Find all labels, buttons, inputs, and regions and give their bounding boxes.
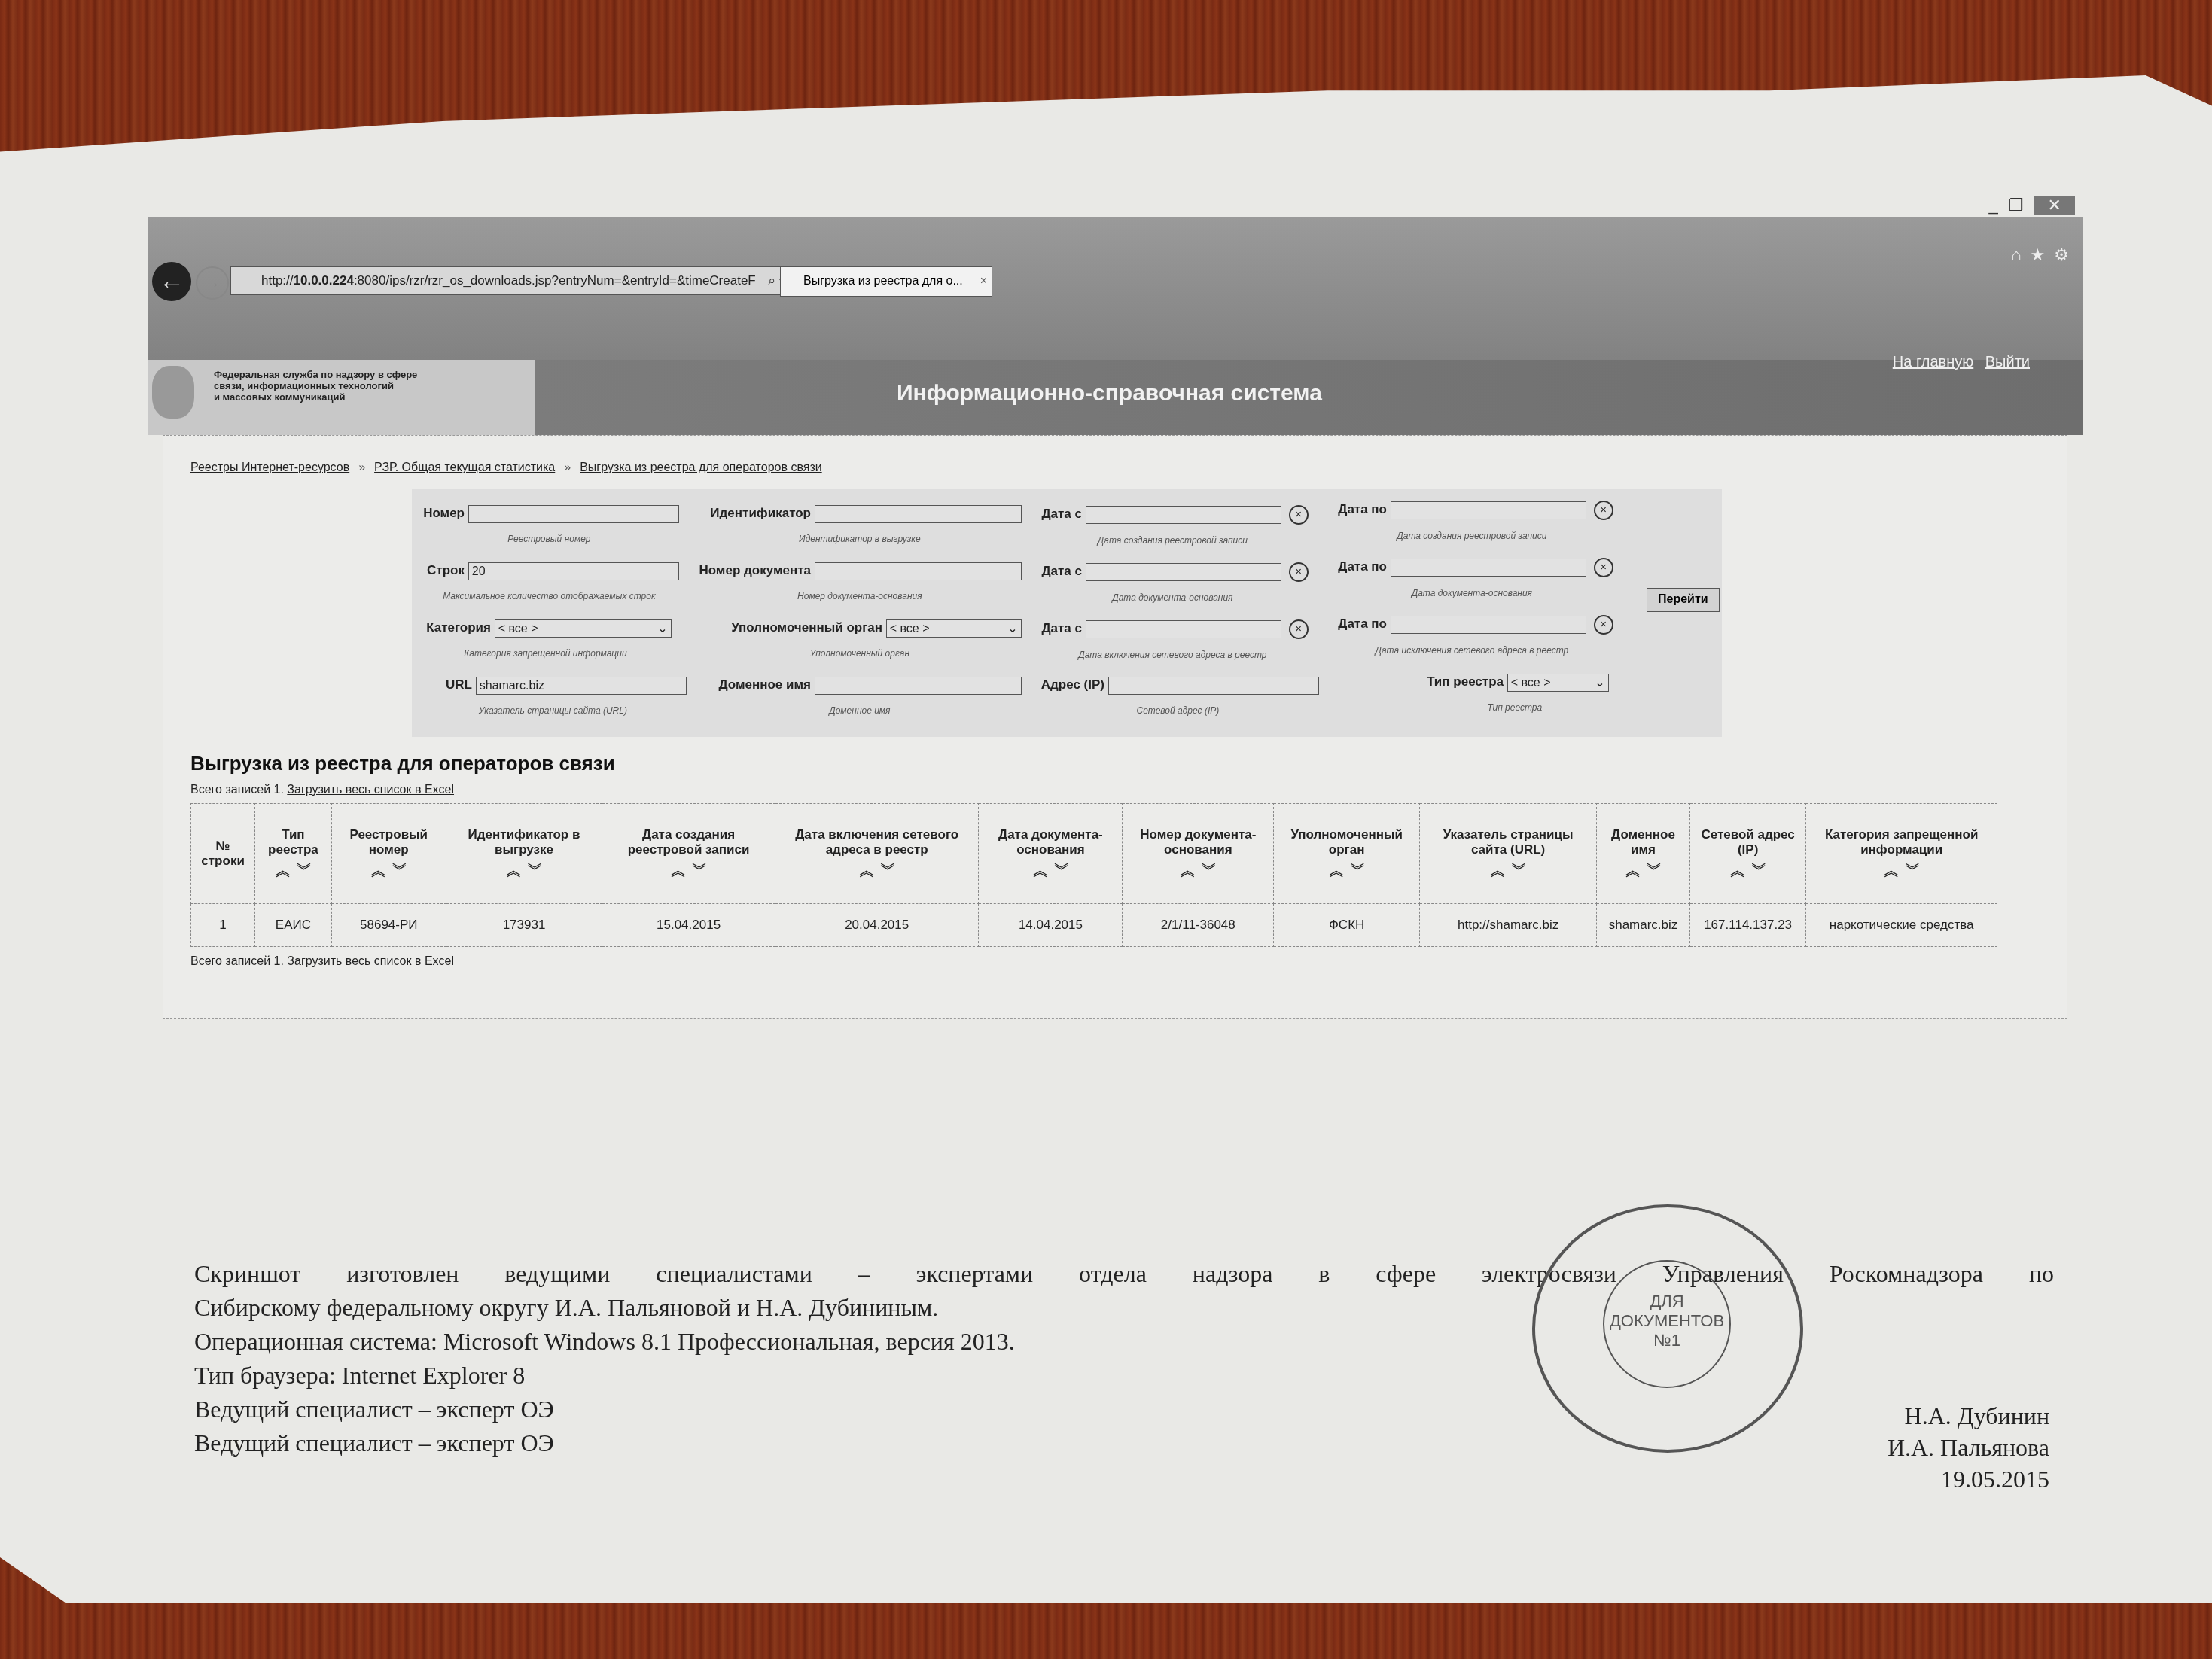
filter-date-from-created: Дата с × Дата создания реестровой записи: [1037, 505, 1309, 546]
sort-controls: ︽ ︾: [983, 860, 1117, 880]
printed-screenshot: _ ❐ ✕ ⌂ ★ ⚙ ← → http://10.0.0.224:8080/i…: [148, 217, 2083, 1019]
table-cell: http://shamarc.biz: [1420, 904, 1597, 947]
column-label: Доменное имя: [1611, 827, 1675, 857]
date-from-created-input[interactable]: [1086, 506, 1281, 524]
sort-desc-icon[interactable]: ︾: [1351, 863, 1364, 878]
column-header: Дата создания реестровой записи︽ ︾: [602, 804, 775, 904]
authority-select[interactable]: < все > ⌄: [886, 619, 1022, 638]
column-label: Указатель страницы сайта (URL): [1443, 827, 1574, 857]
breadcrumb: Реестры Интернет-ресурсов»РЗР. Общая тек…: [190, 461, 2040, 475]
sort-asc-icon[interactable]: ︽: [1181, 863, 1194, 878]
date-from-included-input[interactable]: [1086, 620, 1281, 638]
filter-authority: Уполномоченный орган < все > ⌄ Уполномоч…: [698, 619, 1022, 659]
label: Номер: [419, 506, 465, 521]
sort-asc-icon[interactable]: ︽: [276, 863, 289, 878]
hint: Сетевой адрес (IP): [1037, 705, 1319, 716]
printed-document: _ ❐ ✕ ⌂ ★ ⚙ ← → http://10.0.0.224:8080/i…: [0, 75, 2212, 1603]
breadcrumb-registries[interactable]: Реестры Интернет-ресурсов: [190, 461, 349, 474]
sort-controls: ︽ ︾: [780, 860, 973, 880]
home-icon[interactable]: ⌂: [2011, 245, 2021, 265]
hint: Дата создания реестровой записи: [1330, 531, 1613, 541]
column-header: Указатель страницы сайта (URL)︽ ︾: [1420, 804, 1597, 904]
label: Категория: [419, 620, 491, 635]
sort-desc-icon[interactable]: ︾: [1202, 863, 1215, 878]
table-body: 1ЕАИС58694-РИ17393115.04.201520.04.20151…: [191, 904, 1997, 947]
logout-link[interactable]: Выйти: [1985, 354, 2030, 370]
table-row: 1ЕАИС58694-РИ17393115.04.201520.04.20151…: [191, 904, 1997, 947]
sort-desc-icon[interactable]: ︾: [392, 863, 406, 878]
filter-doc-number: Номер документа Номер документа-основани…: [698, 562, 1022, 601]
label: Тип реестра: [1421, 674, 1504, 689]
filter-rows: Строк 20 Максимальное количество отображ…: [419, 562, 679, 601]
go-button[interactable]: Перейти: [1647, 588, 1720, 612]
sort-desc-icon[interactable]: ︾: [1752, 863, 1766, 878]
breadcrumb-stats[interactable]: РЗР. Общая текущая статистика: [374, 461, 555, 474]
sort-controls: ︽ ︾: [1601, 860, 1685, 880]
column-header: Доменное имя︽ ︾: [1597, 804, 1690, 904]
filter-registry-type: Тип реестра < все > ⌄ Тип реестра: [1421, 674, 1609, 713]
home-link[interactable]: На главную: [1893, 354, 1973, 370]
table-cell: 2/1/11-36048: [1123, 904, 1274, 947]
address-bar[interactable]: http://10.0.0.224:8080/ips/rzr/rzr_os_do…: [230, 266, 804, 295]
stamp-text: ДЛЯ: [1604, 1292, 1729, 1311]
column-header: Сетевой адрес (IP)︽ ︾: [1689, 804, 1805, 904]
hint: Дата создания реестровой записи: [1037, 535, 1309, 546]
column-header: Уполномоченный орган︽ ︾: [1274, 804, 1420, 904]
results-count: Всего записей 1. Загрузить весь список в…: [190, 784, 454, 797]
filter-identifier: Идентификатор Идентификатор в выгрузке: [698, 505, 1022, 544]
sort-asc-icon[interactable]: ︽: [860, 863, 873, 878]
chevron-right-icon: »: [358, 461, 365, 474]
excel-download-link[interactable]: Загрузить весь список в Excel: [287, 955, 454, 968]
browser-tab[interactable]: Выгрузка из реестра для о... ×: [780, 266, 992, 297]
table-cell: 14.04.2015: [979, 904, 1123, 947]
hint: Максимальное количество отображаемых стр…: [419, 591, 679, 601]
clear-icon[interactable]: ×: [1289, 505, 1309, 525]
sort-controls: ︽ ︾: [1424, 860, 1592, 880]
sort-asc-icon[interactable]: ︽: [1626, 863, 1640, 878]
table-cell: 58694-РИ: [331, 904, 446, 947]
date-to-excluded-input[interactable]: [1391, 616, 1586, 634]
hint: Номер документа-основания: [698, 591, 1022, 601]
filter-date-to-excluded: Дата по × Дата исключения сетевого адрес…: [1330, 615, 1613, 656]
date-from-doc-input[interactable]: [1086, 563, 1281, 581]
clear-icon[interactable]: ×: [1289, 619, 1309, 639]
total-text: Всего записей 1.: [190, 784, 284, 796]
table-cell: shamarc.biz: [1597, 904, 1690, 947]
table-header-row: № строкиТип реестра︽ ︾Реестровый номер︽ …: [191, 804, 1997, 904]
column-label: Реестровый номер: [349, 827, 428, 857]
column-header: Категория запрещенной информации︽ ︾: [1806, 804, 1997, 904]
sort-asc-icon[interactable]: ︽: [1033, 863, 1047, 878]
column-label: Номер документа-основания: [1140, 827, 1256, 857]
sort-asc-icon[interactable]: ︽: [1491, 863, 1504, 878]
column-label: Категория запрещенной информации: [1825, 827, 1979, 857]
column-label: № строки: [201, 839, 245, 868]
signatory-name: И.А. Пальянова: [1888, 1432, 2049, 1463]
column-header: Реестровый номер︽ ︾: [331, 804, 446, 904]
tab-title: Выгрузка из реестра для о...: [803, 275, 963, 288]
filter-category: Категория < все > ⌄ Категория запрещенно…: [419, 619, 672, 659]
results-title: Выгрузка из реестра для операторов связи: [190, 752, 615, 775]
back-button[interactable]: ←: [152, 262, 191, 301]
label: Идентификатор: [698, 506, 811, 521]
system-name: Информационно-справочная система: [897, 381, 1322, 406]
category-select[interactable]: < все > ⌄: [495, 619, 672, 638]
url-host: 10.0.0.224: [294, 273, 354, 288]
sort-controls: ︽ ︾: [451, 860, 597, 880]
clear-icon[interactable]: ×: [1594, 615, 1613, 635]
chevron-right-icon: »: [564, 461, 571, 474]
chevron-down-icon: ⌄: [1595, 674, 1604, 693]
url-rest: :8080/ips/rzr/rzr_os_downloads.jsp?entry…: [354, 273, 756, 288]
label: Доменное имя: [698, 677, 811, 693]
minimize-button[interactable]: _: [1989, 196, 1998, 215]
column-label: Дата документа-основания: [998, 827, 1103, 857]
registry-type-select[interactable]: < все > ⌄: [1507, 674, 1609, 692]
org-line: связи, информационных технологий: [214, 380, 417, 391]
column-label: Дата включения сетевого адреса в реестр: [795, 827, 958, 857]
sort-desc-icon[interactable]: ︾: [1054, 863, 1068, 878]
rows-input[interactable]: 20: [468, 562, 679, 580]
site-header: Федеральная служба по надзору в сфере св…: [148, 360, 2083, 435]
stamp-center: ДЛЯ ДОКУМЕНТОВ №1: [1603, 1260, 1731, 1388]
select-value: < все >: [890, 623, 930, 635]
column-label: Идентификатор в выгрузке: [468, 827, 580, 857]
ip-input[interactable]: [1108, 677, 1319, 695]
column-header: Дата документа-основания︽ ︾: [979, 804, 1123, 904]
star-icon[interactable]: ★: [2031, 245, 2046, 265]
url-prefix: http://: [261, 273, 294, 288]
coat-of-arms-icon: [152, 366, 194, 419]
signature-date: 19.05.2015: [1888, 1463, 2049, 1495]
sort-asc-icon[interactable]: ︽: [1731, 863, 1744, 878]
arrow-right-icon: →: [204, 272, 221, 291]
table-cell: 20.04.2015: [775, 904, 979, 947]
column-label: Тип реестра: [268, 827, 318, 857]
browser-tools: ⌂ ★ ⚙: [2011, 245, 2069, 265]
hint: Реестровый номер: [419, 534, 679, 544]
table-cell: 15.04.2015: [602, 904, 775, 947]
breadcrumb-export[interactable]: Выгрузка из реестра для операторов связи: [580, 461, 821, 474]
label: Дата с: [1037, 621, 1082, 636]
org-line: Федеральная служба по надзору в сфере: [214, 369, 417, 380]
sort-asc-icon[interactable]: ︽: [371, 863, 385, 878]
column-label: Сетевой адрес (IP): [1701, 827, 1794, 857]
column-header: № строки: [191, 804, 255, 904]
domain-input[interactable]: [815, 677, 1022, 695]
sort-controls: ︽ ︾: [260, 860, 326, 880]
sort-controls: ︽ ︾: [1695, 860, 1801, 880]
sort-controls: ︽ ︾: [607, 860, 770, 880]
stamp-text: ДОКУМЕНТОВ: [1604, 1311, 1729, 1331]
signatures: Н.А. Дубинин И.А. Пальянова 19.05.2015: [1888, 1400, 2049, 1495]
column-label: Уполномоченный орган: [1290, 827, 1403, 857]
clear-icon[interactable]: ×: [1594, 558, 1613, 577]
filter-date-from-doc: Дата с × Дата документа-основания: [1037, 562, 1309, 603]
org-name: Федеральная служба по надзору в сфере св…: [214, 369, 417, 403]
sort-desc-icon[interactable]: ︾: [1647, 863, 1661, 878]
chevron-down-icon: ⌄: [657, 620, 667, 638]
hint: Дата документа-основания: [1037, 592, 1309, 603]
chevron-down-icon: ⌄: [1007, 620, 1017, 638]
results-table: № строкиТип реестра︽ ︾Реестровый номер︽ …: [190, 803, 1997, 947]
filter-ip: Адрес (IP) Сетевой адрес (IP): [1037, 677, 1319, 716]
hint: Указатель страницы сайта (URL): [419, 705, 687, 716]
stamp-text: №1: [1604, 1331, 1729, 1350]
results-count-bottom: Всего записей 1. Загрузить весь список в…: [190, 955, 454, 969]
filter-url: URL shamarc.biz Указатель страницы сайта…: [419, 677, 687, 716]
forward-button[interactable]: →: [196, 266, 229, 300]
restore-button[interactable]: ❐: [2009, 196, 2024, 215]
window-controls: _ ❐ ✕: [1989, 196, 2075, 215]
hint: Дата исключения сетевого адреса в реестр: [1330, 645, 1613, 656]
label: Уполномоченный орган: [698, 620, 882, 635]
column-label: Дата создания реестровой записи: [628, 827, 750, 857]
sort-controls: ︽ ︾: [1811, 860, 1992, 880]
sort-asc-icon[interactable]: ︽: [507, 863, 520, 878]
label: Номер документа: [698, 563, 811, 578]
sort-controls: ︽ ︾: [1278, 860, 1415, 880]
table-cell: ФСКН: [1274, 904, 1420, 947]
sort-desc-icon[interactable]: ︾: [1512, 863, 1525, 878]
official-stamp: ДЛЯ ДОКУМЕНТОВ №1: [1532, 1204, 1803, 1453]
filter-number: Номер Реестровый номер: [419, 505, 679, 544]
column-header: Номер документа-основания︽ ︾: [1123, 804, 1274, 904]
hint: Дата включения сетевого адреса в реестр: [1037, 650, 1309, 660]
table-cell: наркотические средства: [1806, 904, 1997, 947]
hint: Дата документа-основания: [1330, 588, 1613, 598]
sort-asc-icon[interactable]: ︽: [1884, 863, 1898, 878]
org-line: и массовых коммуникаций: [214, 391, 417, 403]
select-value: < все >: [498, 623, 538, 635]
arrow-left-icon: ←: [159, 266, 184, 295]
hint: Категория запрещенной информации: [419, 648, 672, 659]
hint: Уполномоченный орган: [698, 648, 1022, 659]
label: Дата по: [1330, 616, 1387, 632]
sort-desc-icon[interactable]: ︾: [693, 863, 706, 878]
filter-date-to-created: Дата по × Дата создания реестровой запис…: [1330, 501, 1613, 541]
filter-panel: Номер Реестровый номер Строк 20 Максимал…: [412, 489, 1722, 737]
close-tab-icon[interactable]: ×: [980, 267, 987, 296]
sort-desc-icon[interactable]: ︾: [1906, 863, 1919, 878]
signatory-name: Н.А. Дубинин: [1888, 1400, 2049, 1432]
sort-controls: ︽ ︾: [1127, 860, 1269, 880]
clear-icon[interactable]: ×: [1594, 501, 1613, 520]
note-line: Ведущий специалист – эксперт ОЭ: [194, 1426, 2054, 1460]
clear-icon[interactable]: ×: [1289, 562, 1309, 582]
excel-download-link[interactable]: Загрузить весь список в Excel: [287, 784, 454, 796]
label: Адрес (IP): [1037, 677, 1104, 693]
label: Дата по: [1330, 502, 1387, 517]
top-links: На главную Выйти: [1885, 354, 2030, 371]
identifier-input[interactable]: [815, 505, 1022, 523]
gear-icon[interactable]: ⚙: [2054, 245, 2069, 265]
filter-date-from-included: Дата с × Дата включения сетевого адреса …: [1037, 619, 1309, 660]
total-text: Всего записей 1.: [190, 955, 284, 968]
close-button[interactable]: ✕: [2034, 196, 2075, 215]
label: Дата с: [1037, 507, 1082, 522]
doc-number-input[interactable]: [815, 562, 1022, 580]
label: Строк: [419, 563, 465, 578]
number-input[interactable]: [468, 505, 679, 523]
column-header: Тип реестра︽ ︾: [255, 804, 331, 904]
hint: Доменное имя: [698, 705, 1022, 716]
sort-asc-icon[interactable]: ︽: [672, 863, 685, 878]
url-input[interactable]: shamarc.biz: [476, 677, 687, 695]
label: URL: [419, 677, 472, 693]
label: Дата по: [1330, 559, 1387, 574]
hint: Идентификатор в выгрузке: [698, 534, 1022, 544]
select-value: < все >: [1511, 677, 1551, 689]
sort-desc-icon[interactable]: ︾: [881, 863, 894, 878]
column-header: Дата включения сетевого адреса в реестр︽…: [775, 804, 979, 904]
sort-asc-icon[interactable]: ︽: [1330, 863, 1343, 878]
sort-desc-icon[interactable]: ︾: [297, 863, 310, 878]
browser-chrome: _ ❐ ✕ ⌂ ★ ⚙ ← → http://10.0.0.224:8080/i…: [148, 217, 2083, 360]
table-cell: 167.114.137.23: [1689, 904, 1805, 947]
table-cell: 173931: [446, 904, 602, 947]
date-to-created-input[interactable]: [1391, 501, 1586, 519]
page-content: Реестры Интернет-ресурсов»РЗР. Общая тек…: [163, 435, 2067, 1019]
sort-desc-icon[interactable]: ︾: [528, 863, 541, 878]
column-header: Идентификатор в выгрузке︽ ︾: [446, 804, 602, 904]
table-cell: ЕАИС: [255, 904, 331, 947]
search-icon[interactable]: ⌕: [769, 273, 776, 288]
sort-controls: ︽ ︾: [337, 860, 441, 880]
hint: Тип реестра: [1421, 702, 1609, 713]
date-to-doc-input[interactable]: [1391, 559, 1586, 577]
label: Дата с: [1037, 564, 1082, 579]
filter-domain: Доменное имя Доменное имя: [698, 677, 1022, 716]
table-cell: 1: [191, 904, 255, 947]
filter-date-to-doc: Дата по × Дата документа-основания: [1330, 558, 1613, 598]
